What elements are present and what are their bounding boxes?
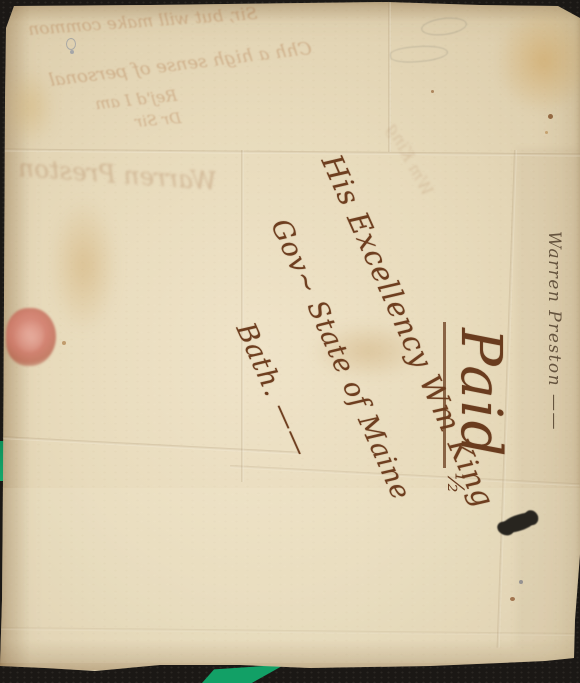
wax-seal-highlight xyxy=(14,318,44,352)
paid-rate-figure: ½ xyxy=(442,472,467,493)
paid-marking: Paid½ xyxy=(423,288,513,528)
paid-word: Paid xyxy=(443,322,513,468)
scanned-letter: Sir, but will make common Chh a high sen… xyxy=(0,0,580,683)
letter-paper: Sir, but will make common Chh a high sen… xyxy=(0,0,580,683)
docket-note: Warren Preston —— xyxy=(538,216,564,446)
